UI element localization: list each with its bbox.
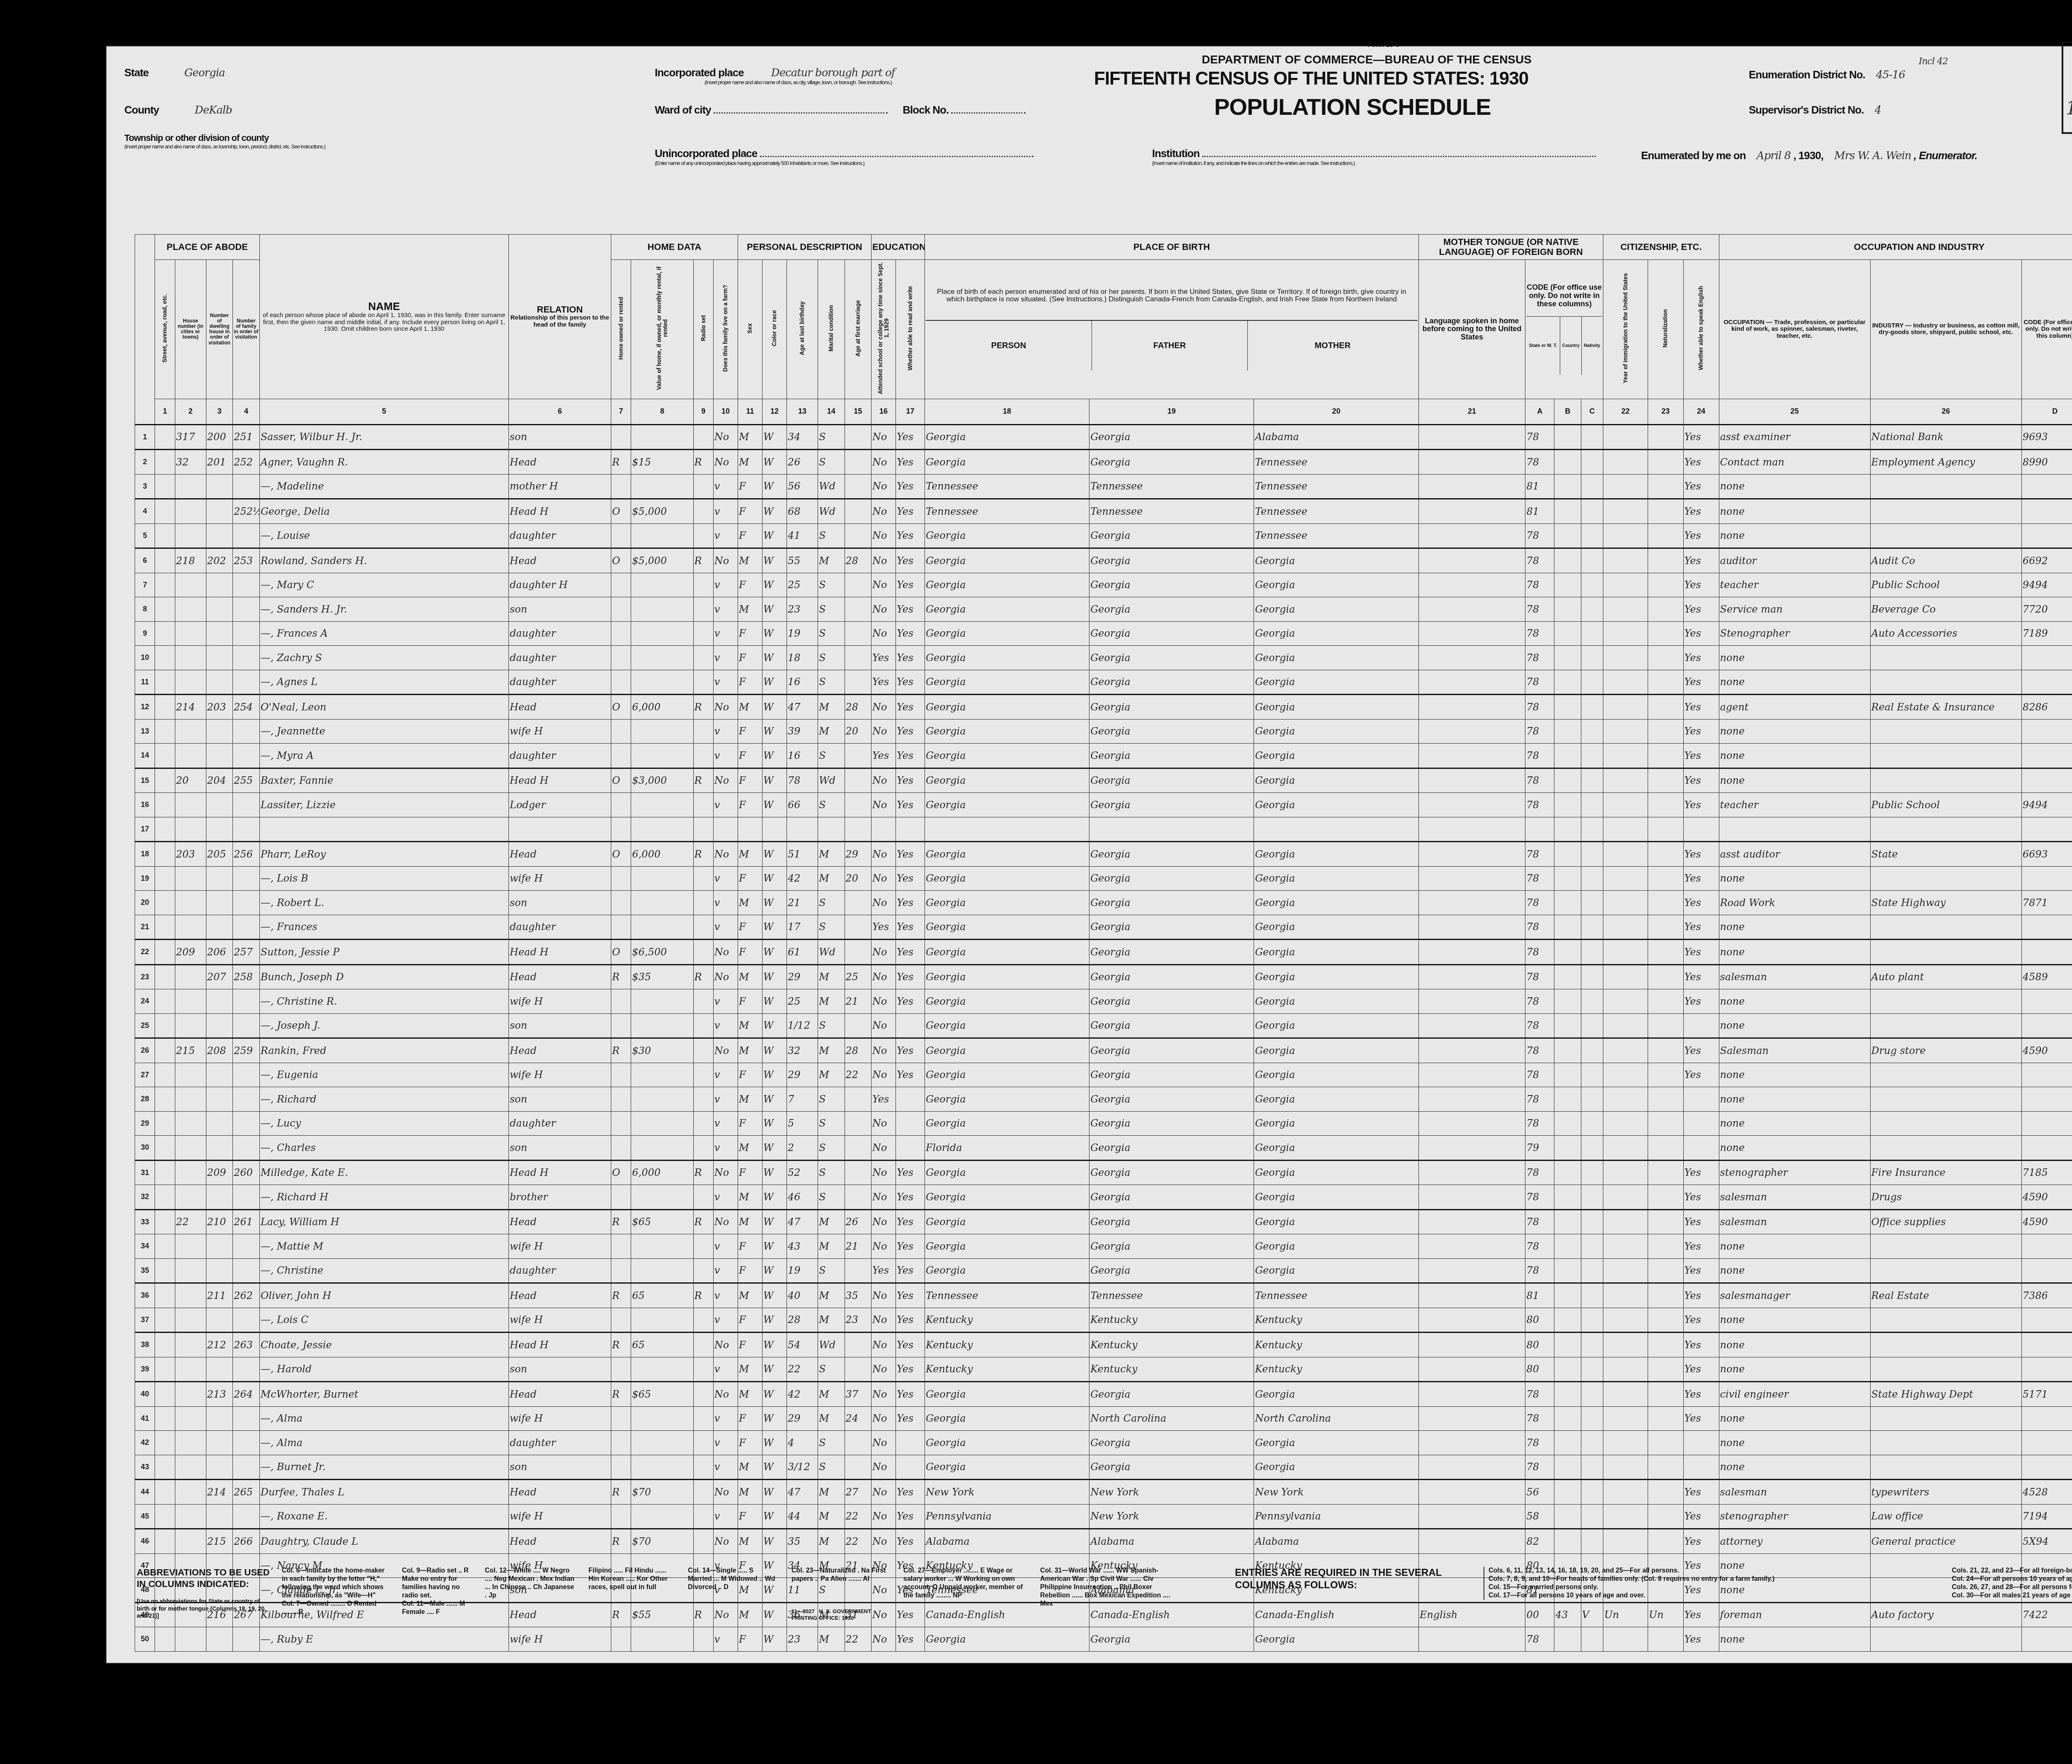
cell-code-c: [1581, 915, 1603, 940]
schedule-title: POPULATION SCHEDULE: [1214, 93, 1491, 120]
cell-language: [1418, 940, 1525, 965]
cell-age: 21: [787, 891, 818, 915]
cell-father-birth: Georgia: [1089, 1455, 1254, 1480]
table-row: 36211262Oliver, John HHeadR65RvMW40M35No…: [135, 1283, 2072, 1308]
cell-age: 42: [787, 1382, 818, 1407]
cell-naturalization: [1648, 915, 1683, 940]
cell-value: $65: [631, 1382, 693, 1407]
cell-age-marriage: 22: [845, 1063, 871, 1087]
cell-race: W: [762, 1111, 787, 1136]
table-row: 3—, Madelinemother HvFW56WdNoYesTennesse…: [135, 474, 2072, 499]
cell-relation: Head: [508, 1529, 611, 1554]
cell-english: Yes: [1683, 1209, 1719, 1234]
cell-farm: v: [713, 744, 738, 768]
cell-dwelling: 202: [206, 548, 232, 573]
cell-occupation: none: [1719, 1455, 1870, 1480]
cell-race: W: [762, 597, 787, 622]
cell-code-d: 7720: [2021, 597, 2072, 622]
cell-race: W: [762, 548, 787, 573]
cell-immigration: [1603, 1111, 1648, 1136]
table-row: 37—, Lois Cwife HvFW28M23NoYesKentuckyKe…: [135, 1308, 2072, 1333]
cell-code-a: 78: [1525, 670, 1554, 695]
cell-radio: [693, 523, 713, 548]
cell-code-d: [2021, 940, 2072, 965]
cell-father-birth: Georgia: [1089, 1258, 1254, 1283]
cell-relation: son: [508, 424, 611, 450]
table-row: 20—, Robert L.sonvMW21SNoYesGeorgiaGeorg…: [135, 891, 2072, 915]
cell-language: [1418, 1111, 1525, 1136]
cell-marital: S: [818, 1185, 845, 1210]
cell-father-birth: New York: [1089, 1480, 1254, 1505]
cell-farm: v: [713, 1283, 738, 1308]
cell-relation: Head H: [508, 768, 611, 793]
cell-occupation: none: [1719, 1357, 1870, 1382]
cell-farm: v: [713, 1013, 738, 1038]
cell-age: 54: [787, 1333, 818, 1357]
cell-relation: wife H: [508, 989, 611, 1014]
cell-industry: typewriters: [1870, 1480, 2021, 1505]
cell-name: —, Sanders H. Jr.: [259, 597, 508, 622]
cell-code-d: [2021, 670, 2072, 695]
cell-birth: Georgia: [925, 424, 1089, 450]
cell-occupation: [1719, 817, 1870, 842]
cell-birth: Georgia: [925, 793, 1089, 817]
cell-farm: No: [713, 1480, 738, 1505]
cell-mother-birth: Georgia: [1254, 1136, 1418, 1161]
cell-english: Yes: [1683, 474, 1719, 499]
cell-marital: S: [818, 891, 845, 915]
cell-value: [631, 424, 693, 450]
cell-occupation: none: [1719, 989, 1870, 1014]
line-number: 25: [135, 1013, 155, 1038]
cell-radio: [693, 1013, 713, 1038]
cell-naturalization: [1648, 1234, 1683, 1259]
cell-marital: S: [818, 597, 845, 622]
cell-read: Yes: [896, 499, 925, 524]
cell-birth: Georgia: [925, 866, 1089, 891]
cell-street: [155, 1136, 175, 1161]
line-number: 22: [135, 940, 155, 965]
cell-value: $5,000: [631, 499, 693, 524]
cell-marital: M: [818, 1308, 845, 1333]
cell-radio: R: [693, 842, 713, 867]
cell-immigration: [1603, 474, 1648, 499]
cell-radio: [693, 474, 713, 499]
cell-value: [631, 474, 693, 499]
cell-value: $15: [631, 450, 693, 475]
table-row: 19—, Lois Bwife HvFW42M20NoYesGeorgiaGeo…: [135, 866, 2072, 891]
cell-language: [1418, 1013, 1525, 1038]
cell-value: [631, 646, 693, 670]
table-row: 11—, Agnes LdaughtervFW16SYesYesGeorgiaG…: [135, 670, 2072, 695]
cell-age-marriage: 28: [845, 548, 871, 573]
cell-school: No: [871, 1431, 896, 1455]
cell-immigration: [1603, 1038, 1648, 1063]
cell-mother-birth: New York: [1254, 1480, 1418, 1505]
cell-owned: [611, 1063, 631, 1087]
cell-value: [631, 1504, 693, 1529]
cell-industry: [1870, 1333, 2021, 1357]
ed-note: Incl 42: [1919, 56, 1948, 67]
cell-school: No: [871, 621, 896, 646]
cell-naturalization: [1648, 1480, 1683, 1505]
cell-house: 203: [175, 842, 206, 867]
col-d-header: CODE (For office use only. Do not write …: [2021, 260, 2072, 399]
cell-read: [896, 1136, 925, 1161]
cell-code-b: [1554, 817, 1581, 842]
col-4-header: Number of family in order of visitation: [233, 260, 259, 399]
cell-english: Yes: [1683, 1406, 1719, 1431]
cell-english: Yes: [1683, 1357, 1719, 1382]
cell-race: W: [762, 1455, 787, 1480]
cell-race: W: [762, 1308, 787, 1333]
cell-street: [155, 1111, 175, 1136]
cell-name: Lacy, William H: [259, 1209, 508, 1234]
cell-code-d: [2021, 499, 2072, 524]
cell-marital: S: [818, 1013, 845, 1038]
cell-code-d: 7185: [2021, 1160, 2072, 1185]
cell-race: W: [762, 842, 787, 867]
cell-marital: Wd: [818, 940, 845, 965]
cell-age-marriage: [845, 1136, 871, 1161]
cell-mother-birth: Georgia: [1254, 940, 1418, 965]
cell-dwelling: 215: [206, 1529, 232, 1554]
cell-radio: [693, 1087, 713, 1112]
line-number: 44: [135, 1480, 155, 1505]
cell-immigration: [1603, 597, 1648, 622]
cell-sex: F: [738, 646, 762, 670]
cell-code-d: 8286: [2021, 695, 2072, 720]
cell-race: W: [762, 670, 787, 695]
cell-father-birth: Kentucky: [1089, 1357, 1254, 1382]
cell-school: No: [871, 1455, 896, 1480]
table-row: 18203205256Pharr, LeRoyHeadO6,000RNoMW51…: [135, 842, 2072, 867]
cell-value: $65: [631, 1209, 693, 1234]
cell-immigration: [1603, 768, 1648, 793]
cell-code-a: 78: [1525, 597, 1554, 622]
cell-sex: F: [738, 1160, 762, 1185]
cell-age-marriage: [845, 891, 871, 915]
cell-owned: R: [611, 1480, 631, 1505]
cell-value: [631, 1234, 693, 1259]
cell-language: [1418, 424, 1525, 450]
cell-name: —, Madeline: [259, 474, 508, 499]
cell-code-d: [2021, 719, 2072, 744]
cell-age: 2: [787, 1136, 818, 1161]
cell-read: [896, 1087, 925, 1112]
cell-code-c: [1581, 1087, 1603, 1112]
cell-code-c: [1581, 842, 1603, 867]
cell-english: Yes: [1683, 597, 1719, 622]
cell-farm: No: [713, 695, 738, 720]
cell-immigration: [1603, 695, 1648, 720]
cell-code-d: 5171: [2021, 1382, 2072, 1407]
cell-radio: R: [693, 1283, 713, 1308]
cell-dwelling: 209: [206, 1160, 232, 1185]
cell-house: [175, 597, 206, 622]
line-number-header: [135, 235, 155, 425]
group-occupation-industry: OCCUPATION AND INDUSTRY: [1719, 235, 2072, 260]
cell-age-marriage: [845, 523, 871, 548]
cell-dwelling: 205: [206, 842, 232, 867]
cell-industry: Audit Co: [1870, 548, 2021, 573]
cell-father-birth: Georgia: [1089, 1234, 1254, 1259]
cell-industry: [1870, 866, 2021, 891]
cell-birth: Georgia: [925, 1185, 1089, 1210]
cell-name: Daughtry, Claude L: [259, 1529, 508, 1554]
cell-house: 209: [175, 940, 206, 965]
cell-code-b: [1554, 964, 1581, 989]
line-number: 34: [135, 1234, 155, 1259]
cell-street: [155, 1431, 175, 1455]
cell-code-b: [1554, 1431, 1581, 1455]
table-row: 232201252Agner, Vaughn R.HeadR$15RNoMW26…: [135, 450, 2072, 475]
cell-owned: O: [611, 1160, 631, 1185]
cell-family: [233, 1431, 259, 1455]
cell-occupation: none: [1719, 915, 1870, 940]
cell-age-marriage: 23: [845, 1308, 871, 1333]
cell-name: Rowland, Sanders H.: [259, 548, 508, 573]
cell-mother-birth: Tennessee: [1254, 523, 1418, 548]
cell-street: [155, 1406, 175, 1431]
cell-code-a: 78: [1525, 940, 1554, 965]
cell-value: [631, 1406, 693, 1431]
line-number: 17: [135, 817, 155, 842]
cell-street: [155, 1455, 175, 1480]
table-row: 29—, LucydaughtervFW5SNoGeorgiaGeorgiaGe…: [135, 1111, 2072, 1136]
cell-radio: R: [693, 964, 713, 989]
cell-farm: v: [713, 1063, 738, 1087]
table-row: 16Lassiter, LizzieLodgervFW66SNoYesGeorg…: [135, 793, 2072, 817]
cell-name: Baxter, Fannie: [259, 768, 508, 793]
cell-code-a: 80: [1525, 1357, 1554, 1382]
cell-value: [631, 866, 693, 891]
cell-language: [1418, 1087, 1525, 1112]
cell-marital: M: [818, 1382, 845, 1407]
cell-code-a: 78: [1525, 646, 1554, 670]
cell-radio: [693, 573, 713, 597]
cell-marital: Wd: [818, 474, 845, 499]
col-8-header: Value of home, if owned, or monthly rent…: [631, 260, 693, 399]
cell-owned: R: [611, 964, 631, 989]
cell-code-d: [2021, 1308, 2072, 1333]
cell-farm: v: [713, 891, 738, 915]
cell-owned: R: [611, 1382, 631, 1407]
cell-code-d: [2021, 768, 2072, 793]
cell-value: [631, 621, 693, 646]
cell-radio: [693, 1455, 713, 1480]
cell-family: [233, 621, 259, 646]
cell-father-birth: Georgia: [1089, 670, 1254, 695]
cell-read: Yes: [896, 891, 925, 915]
cell-sex: F: [738, 989, 762, 1014]
cell-occupation: agent: [1719, 695, 1870, 720]
cell-house: [175, 1357, 206, 1382]
cell-birth: [925, 817, 1089, 842]
cell-birth: Tennessee: [925, 1283, 1089, 1308]
cell-street: [155, 1480, 175, 1505]
cell-marital: S: [818, 621, 845, 646]
cell-radio: [693, 1431, 713, 1455]
cell-father-birth: Georgia: [1089, 1209, 1254, 1234]
enumeration-district-value: 45-16: [1876, 69, 1905, 81]
cell-school: No: [871, 768, 896, 793]
cell-farm: v: [713, 499, 738, 524]
cell-industry: Employment Agency: [1870, 450, 2021, 475]
cell-family: [233, 744, 259, 768]
table-row: 31209260Milledge, Kate E.Head HO6,000RNo…: [135, 1160, 2072, 1185]
cell-value: 6,000: [631, 1160, 693, 1185]
cell-age: 29: [787, 1063, 818, 1087]
cell-father-birth: Alabama: [1089, 1529, 1254, 1554]
cell-relation: son: [508, 1136, 611, 1161]
cell-code-a: 56: [1525, 1480, 1554, 1505]
cell-birth: Georgia: [925, 1382, 1089, 1407]
cell-code-c: [1581, 1455, 1603, 1480]
cell-race: W: [762, 1013, 787, 1038]
cell-mother-birth: Pennsylvania: [1254, 1504, 1418, 1529]
cell-owned: [611, 1431, 631, 1455]
cell-code-b: [1554, 866, 1581, 891]
cell-code-c: [1581, 1209, 1603, 1234]
cell-relation: son: [508, 1455, 611, 1480]
cell-radio: [693, 499, 713, 524]
cell-industry: State Highway: [1870, 891, 2021, 915]
cell-read: Yes: [896, 989, 925, 1014]
cell-immigration: [1603, 523, 1648, 548]
cell-house: 317: [175, 424, 206, 450]
cell-house: [175, 1382, 206, 1407]
cell-sex: M: [738, 424, 762, 450]
cell-age-marriage: 21: [845, 989, 871, 1014]
cell-street: [155, 1038, 175, 1063]
cell-street: [155, 1504, 175, 1529]
cell-code-c: [1581, 1111, 1603, 1136]
cell-radio: [693, 1038, 713, 1063]
cell-code-c: [1581, 989, 1603, 1014]
department-title: DEPARTMENT OF COMMERCE—BUREAU OF THE CEN…: [1202, 53, 1532, 66]
cell-birth: Georgia: [925, 646, 1089, 670]
cell-language: [1418, 670, 1525, 695]
cell-street: [155, 1209, 175, 1234]
cell-house: [175, 1480, 206, 1505]
cell-relation: Lodger: [508, 793, 611, 817]
cell-family: 263: [233, 1333, 259, 1357]
cell-owned: [611, 1357, 631, 1382]
line-number: 3: [135, 474, 155, 499]
cell-mother-birth: Georgia: [1254, 1111, 1418, 1136]
line-number: 9: [135, 621, 155, 646]
cell-farm: v: [713, 523, 738, 548]
line-number: 19: [135, 866, 155, 891]
cell-family: 256: [233, 842, 259, 867]
cell-street: [155, 1333, 175, 1357]
cell-race: W: [762, 1258, 787, 1283]
line-number: 24: [135, 989, 155, 1014]
cell-school: No: [871, 1136, 896, 1161]
cell-value: [631, 744, 693, 768]
cell-farm: v: [713, 597, 738, 622]
unincorporated-field: Unincorporated place (Enter name of any …: [655, 147, 1034, 166]
cell-marital: S: [818, 1431, 845, 1455]
cell-code-c: [1581, 768, 1603, 793]
cell-radio: R: [693, 695, 713, 720]
entries-required-list-2: Cols. 21, 22, and 23—For all foreign-bor…: [1952, 1567, 2072, 1600]
cell-mother-birth: Georgia: [1254, 670, 1418, 695]
cell-marital: M: [818, 1209, 845, 1234]
cell-immigration: [1603, 744, 1648, 768]
cell-language: [1418, 1234, 1525, 1259]
group-education: EDUCATION: [871, 235, 925, 260]
cell-sex: F: [738, 1333, 762, 1357]
cell-language: [1418, 1529, 1525, 1554]
line-number: 14: [135, 744, 155, 768]
cell-name: [259, 817, 508, 842]
cell-race: W: [762, 523, 787, 548]
cell-occupation: none: [1719, 1406, 1870, 1431]
cell-code-b: [1554, 499, 1581, 524]
cell-read: Yes: [896, 866, 925, 891]
cell-street: [155, 866, 175, 891]
cell-age: 16: [787, 744, 818, 768]
cell-code-d: [2021, 744, 2072, 768]
cell-house: [175, 1013, 206, 1038]
cell-immigration: [1603, 989, 1648, 1014]
cell-birth: Georgia: [925, 621, 1089, 646]
cell-value: [631, 1308, 693, 1333]
cell-code-b: [1554, 940, 1581, 965]
cell-house: [175, 915, 206, 940]
cell-school: No: [871, 1382, 896, 1407]
cell-sex: M: [738, 548, 762, 573]
cell-father-birth: Kentucky: [1089, 1308, 1254, 1333]
cell-mother-birth: Kentucky: [1254, 1308, 1418, 1333]
cell-read: Yes: [896, 1480, 925, 1505]
cell-value: [631, 817, 693, 842]
cell-code-b: [1554, 1480, 1581, 1505]
cell-school: No: [871, 1160, 896, 1185]
cell-race: W: [762, 940, 787, 965]
col-7-header: Home owned or rented: [611, 260, 631, 399]
cell-value: [631, 1063, 693, 1087]
cell-farm: No: [713, 768, 738, 793]
cell-naturalization: [1648, 1209, 1683, 1234]
cell-english: Yes: [1683, 523, 1719, 548]
cell-value: $70: [631, 1529, 693, 1554]
cell-owned: [611, 1504, 631, 1529]
cell-farm: v: [713, 1455, 738, 1480]
cell-code-d: [2021, 989, 2072, 1014]
cell-code-c: [1581, 1013, 1603, 1038]
cell-marital: S: [818, 1087, 845, 1112]
cell-owned: [611, 989, 631, 1014]
cell-code-b: [1554, 1209, 1581, 1234]
cell-language: [1418, 499, 1525, 524]
cell-family: [233, 1063, 259, 1087]
table-row: 27—, Eugeniawife HvFW29M22NoYesGeorgiaGe…: [135, 1063, 2072, 1087]
cell-mother-birth: Georgia: [1254, 1382, 1418, 1407]
cell-industry: [1870, 670, 2021, 695]
cell-code-d: 4528: [2021, 1480, 2072, 1505]
cell-owned: R: [611, 1529, 631, 1554]
cell-value: $6,500: [631, 940, 693, 965]
cell-father-birth: Kentucky: [1089, 1333, 1254, 1357]
cell-immigration: [1603, 1160, 1648, 1185]
cell-relation: daughter: [508, 1258, 611, 1283]
cell-mother-birth: Tennessee: [1254, 499, 1418, 524]
cell-read: Yes: [896, 670, 925, 695]
cell-house: [175, 1111, 206, 1136]
